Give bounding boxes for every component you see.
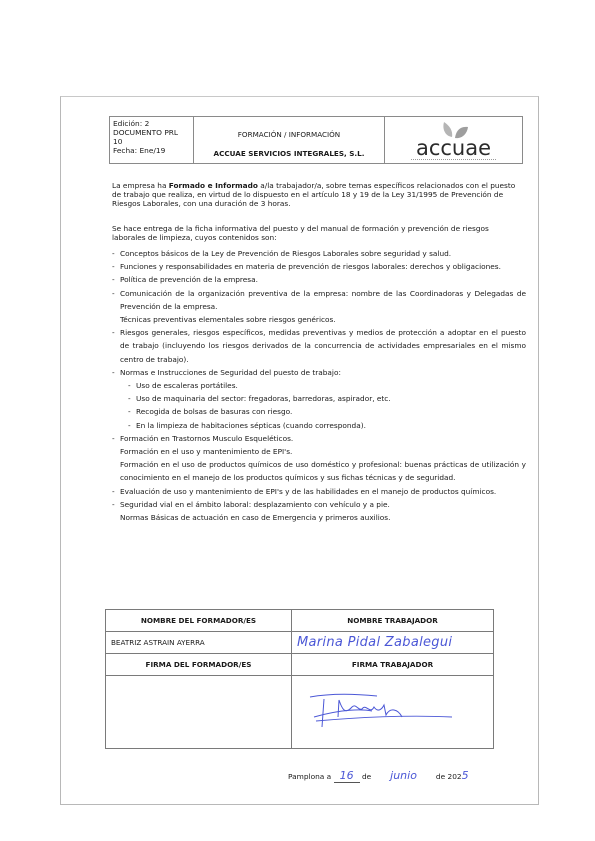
trainer-name: BEATRIZ ASTRAIN AYERRA [106, 632, 292, 654]
intro-text-start: La empresa ha [112, 181, 169, 190]
contents-list-item: -Uso de maquinaria del sector: fregadora… [112, 392, 526, 405]
contents-item-text: Comunicación de la organización preventi… [120, 289, 526, 311]
edition-label: Edición: 2 [113, 119, 193, 128]
worker-signature-icon [302, 687, 462, 737]
contents-list-item: -Conceptos básicos de la Ley de Prevenci… [112, 247, 526, 260]
company-name: ACCUAE SERVICIOS INTEGRALES, S.L. [194, 149, 384, 158]
worker-signature-header: FIRMA TRABAJADOR [292, 654, 494, 676]
intro-bold-text: Formado e Informado [169, 181, 258, 190]
contents-list-item: -Normas e Instrucciones de Seguridad del… [112, 366, 526, 379]
contents-list-item: -Riesgos generales, riesgos específicos,… [112, 326, 526, 366]
contents-list-item: -Funciones y responsabilidades en materi… [112, 260, 526, 273]
dash-bullet: - [128, 419, 131, 432]
logo-tagline [411, 159, 496, 161]
contents-list-item: Técnicas preventivas elementales sobre r… [112, 313, 526, 326]
dash-bullet: - [128, 379, 131, 392]
contents-list-item: Formación en el uso de productos químico… [112, 458, 526, 484]
dash-bullet: - [112, 432, 115, 445]
contents-item-text: Recogida de bolsas de basuras con riesgo… [136, 407, 292, 416]
contents-item-text: Uso de maquinaria del sector: fregadoras… [136, 394, 391, 403]
worker-name-cell: Marina Pidal Zabalegui [292, 632, 494, 654]
document-header: Edición: 2 DOCUMENTO PRL 10 Fecha: Ene/1… [109, 116, 523, 164]
trainer-name-header: NOMBRE DEL FORMADOR/ES [106, 610, 292, 632]
header-titles: FORMACIÓN / INFORMACIÓN ACCUAE SERVICIOS… [194, 117, 385, 163]
contents-item-text: Evaluación de uso y mantenimiento de EPI… [120, 487, 496, 496]
worker-name-handwritten: Marina Pidal Zabalegui [297, 635, 452, 650]
worker-name-header: NOMBRE TRABAJADOR [292, 610, 494, 632]
contents-list-item: -Evaluación de uso y mantenimiento de EP… [112, 485, 526, 498]
dash-bullet: - [112, 326, 115, 339]
date-label: Fecha: Ene/19 [113, 146, 193, 155]
contents-list-item: -Recogida de bolsas de basuras con riesg… [112, 405, 526, 418]
trainer-signature-header: FIRMA DEL FORMADOR/ES [106, 654, 292, 676]
de-label-1: de [362, 772, 371, 781]
logo-wordmark: accuae [385, 138, 522, 158]
contents-list-item: -Política de prevención de la empresa. [112, 273, 526, 286]
dash-bullet: - [128, 392, 131, 405]
contents-item-text: En la limpieza de habitaciones sépticas … [136, 421, 366, 430]
contents-item-text: Uso de escaleras portátiles. [136, 381, 238, 390]
worker-signature-box[interactable] [292, 676, 494, 749]
contents-item-text: Formación en el uso y mantenimiento de E… [120, 447, 292, 456]
intro-paragraph: La empresa ha Formado e Informado a/la t… [112, 181, 520, 208]
document-label: DOCUMENTO PRL [113, 128, 193, 137]
delivery-paragraph: Se hace entrega de la ficha informativa … [112, 224, 520, 242]
dash-bullet: - [112, 247, 115, 260]
signature-table: NOMBRE DEL FORMADOR/ES NOMBRE TRABAJADOR… [105, 609, 494, 749]
contents-list-item: -Comunicación de la organización prevent… [112, 287, 526, 313]
document-title: FORMACIÓN / INFORMACIÓN [194, 130, 384, 139]
month-handwritten: junio [374, 769, 434, 782]
contents-list-item: -Uso de escaleras portátiles. [112, 379, 526, 392]
contents-list-item: Formación en el uso y mantenimiento de E… [112, 445, 526, 458]
contents-item-text: Riesgos generales, riesgos específicos, … [120, 328, 526, 363]
dash-bullet: - [112, 485, 115, 498]
contents-item-text: Normas Básicas de actuación en caso de E… [120, 513, 390, 522]
contents-item-text: Funciones y responsabilidades en materia… [120, 262, 501, 271]
contents-item-text: Formación en Trastornos Musculo Esquelét… [120, 434, 293, 443]
dash-bullet: - [128, 405, 131, 418]
place-prefix: Pamplona a [288, 772, 331, 781]
dash-bullet: - [112, 273, 115, 286]
document-number: 10 [113, 137, 193, 146]
contents-item-text: Seguridad vial en el ámbito laboral: des… [120, 500, 390, 509]
contents-item-text: Técnicas preventivas elementales sobre r… [120, 315, 336, 324]
dash-bullet: - [112, 287, 115, 300]
place-date-line: Pamplona a 16 de junio de 2025 [288, 769, 469, 783]
contents-item-text: Conceptos básicos de la Ley de Prevenció… [120, 249, 451, 258]
contents-list-item: -Seguridad vial en el ámbito laboral: de… [112, 498, 526, 511]
contents-list-item: Normas Básicas de actuación en caso de E… [112, 511, 526, 524]
contents-item-text: Normas e Instrucciones de Seguridad del … [120, 368, 341, 377]
contents-item-text: Formación en el uso de productos químico… [120, 460, 526, 482]
contents-list-item: -En la limpieza de habitaciones sépticas… [112, 419, 526, 432]
year-digit-handwritten: 5 [462, 769, 469, 782]
company-logo: accuae [385, 117, 522, 163]
day-handwritten: 16 [334, 769, 360, 783]
dash-bullet: - [112, 260, 115, 273]
dash-bullet: - [112, 366, 115, 379]
contents-list: -Conceptos básicos de la Ley de Prevenci… [112, 247, 526, 524]
trainer-signature-box[interactable] [106, 676, 292, 749]
contents-item-text: Política de prevención de la empresa. [120, 275, 258, 284]
contents-list-item: -Formación en Trastornos Musculo Esquelé… [112, 432, 526, 445]
dash-bullet: - [112, 498, 115, 511]
document-meta: Edición: 2 DOCUMENTO PRL 10 Fecha: Ene/1… [110, 117, 194, 163]
de-label-2: de 202 [436, 772, 462, 781]
